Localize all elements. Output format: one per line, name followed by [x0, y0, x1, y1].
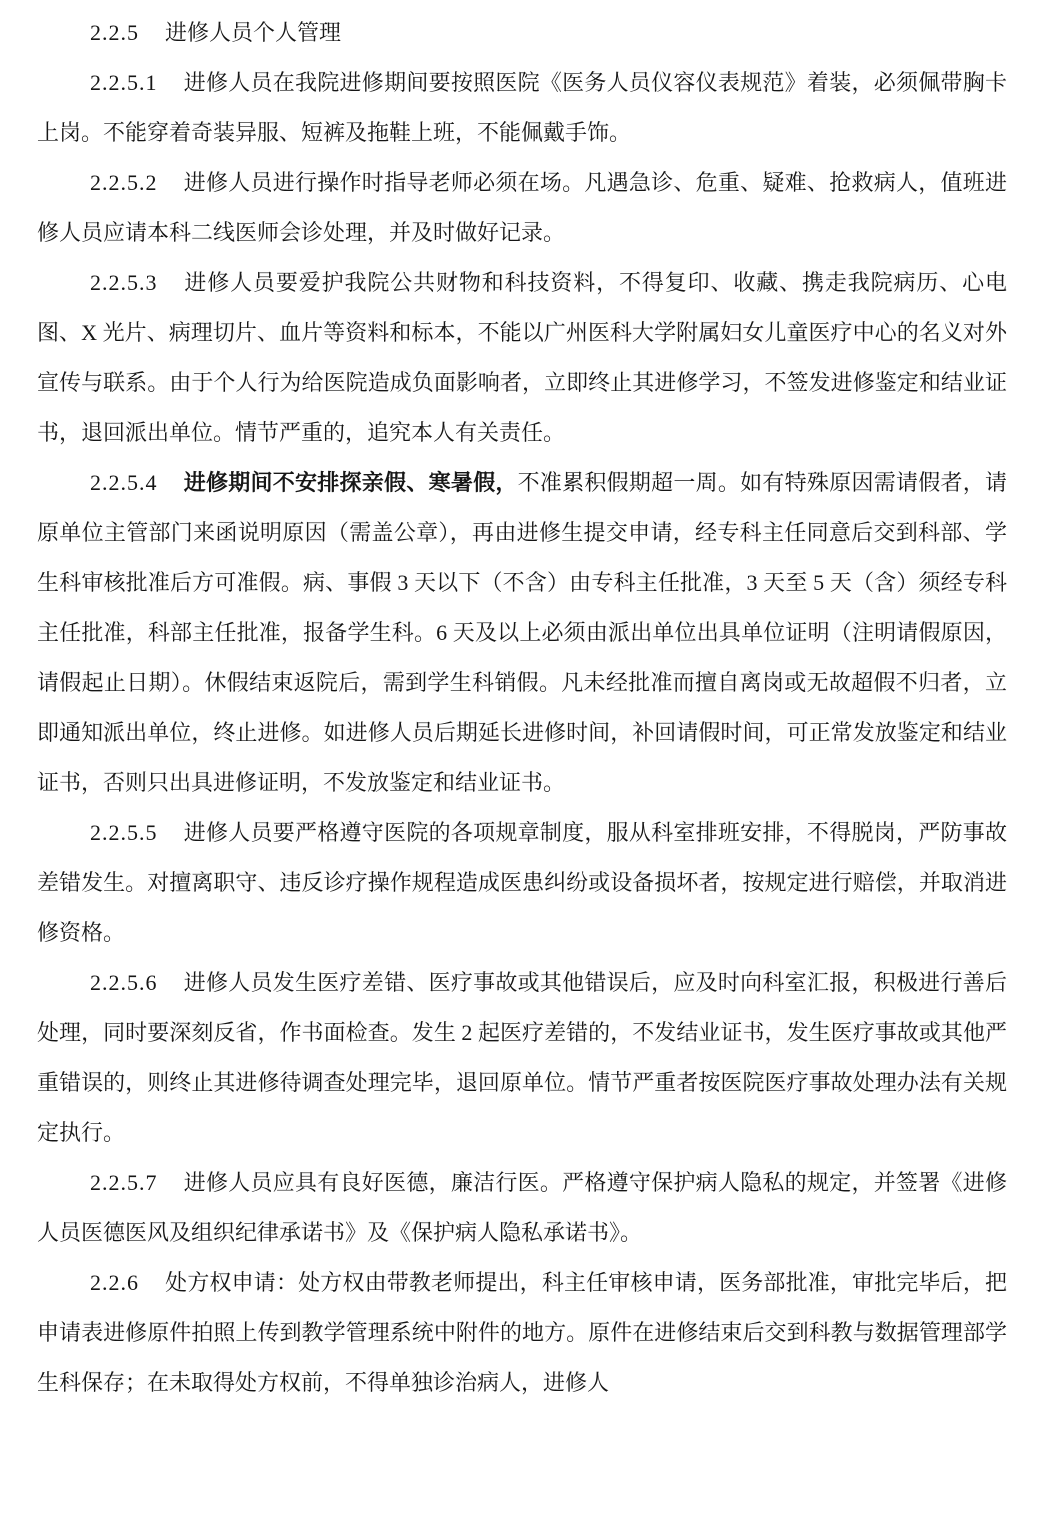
section-number: 2.2.5.4 — [90, 470, 158, 495]
section-title: 进修人员个人管理 — [165, 20, 341, 45]
bold-emphasis-text: 进修期间不安排探亲假、寒暑假， — [184, 470, 518, 495]
section-number: 2.2.5.1 — [90, 70, 158, 95]
section-text: 处方权申请：处方权由带教老师提出，科主任审核申请，医务部批准，审批完毕后，把申请… — [37, 1270, 1007, 1395]
section-text: 进修人员要严格遵守医院的各项规章制度，服从科室排班安排，不得脱岗，严防事故差错发… — [37, 820, 1007, 945]
section-text: 进修人员发生医疗差错、医疗事故或其他错误后，应及时向科室汇报，积极进行善后处理，… — [37, 970, 1007, 1145]
section-text: 进修人员进行操作时指导老师必须在场。凡遇急诊、危重、疑难、抢救病人，值班进修人员… — [37, 170, 1007, 245]
section-number: 2.2.6 — [90, 1270, 139, 1295]
section-text: 不准累积假期超一周。如有特殊原因需请假者，请原单位主管部门来函说明原因（需盖公章… — [37, 470, 1007, 795]
section-number: 2.2.5.2 — [90, 170, 158, 195]
section-number: 2.2.5.7 — [90, 1170, 158, 1195]
section-paragraph-2-2-5-7: 2.2.5.7进修人员应具有良好医德，廉洁行医。严格遵守保护病人隐私的规定，并签… — [37, 1158, 1007, 1258]
section-paragraph-2-2-5-5: 2.2.5.5进修人员要严格遵守医院的各项规章制度，服从科室排班安排，不得脱岗，… — [37, 808, 1007, 958]
section-paragraph-2-2-5-6: 2.2.5.6进修人员发生医疗差错、医疗事故或其他错误后，应及时向科室汇报，积极… — [37, 958, 1007, 1158]
section-paragraph-2-2-5-3: 2.2.5.3进修人员要爱护我院公共财物和科技资料，不得复印、收藏、携走我院病历… — [37, 258, 1007, 458]
document-page: 2.2.5进修人员个人管理 2.2.5.1进修人员在我院进修期间要按照医院《医务… — [0, 0, 1045, 1515]
section-paragraph-2-2-5-2: 2.2.5.2进修人员进行操作时指导老师必须在场。凡遇急诊、危重、疑难、抢救病人… — [37, 158, 1007, 258]
section-text: 进修人员要爱护我院公共财物和科技资料，不得复印、收藏、携走我院病历、心电图、X … — [37, 270, 1007, 445]
section-number: 2.2.5.3 — [90, 270, 158, 295]
section-number: 2.2.5.6 — [90, 970, 158, 995]
section-heading-2-2-5: 2.2.5进修人员个人管理 — [37, 8, 1007, 58]
section-paragraph-2-2-5-1: 2.2.5.1进修人员在我院进修期间要按照医院《医务人员仪容仪表规范》着装，必须… — [37, 58, 1007, 158]
section-text: 进修人员在我院进修期间要按照医院《医务人员仪容仪表规范》着装，必须佩带胸卡上岗。… — [37, 70, 1007, 145]
section-number: 2.2.5 — [90, 20, 139, 45]
section-paragraph-2-2-6: 2.2.6处方权申请：处方权由带教老师提出，科主任审核申请，医务部批准，审批完毕… — [37, 1258, 1007, 1408]
section-text: 进修人员应具有良好医德，廉洁行医。严格遵守保护病人隐私的规定，并签署《进修人员医… — [37, 1170, 1007, 1245]
section-number: 2.2.5.5 — [90, 820, 158, 845]
section-paragraph-2-2-5-4: 2.2.5.4进修期间不安排探亲假、寒暑假，不准累积假期超一周。如有特殊原因需请… — [37, 458, 1007, 808]
